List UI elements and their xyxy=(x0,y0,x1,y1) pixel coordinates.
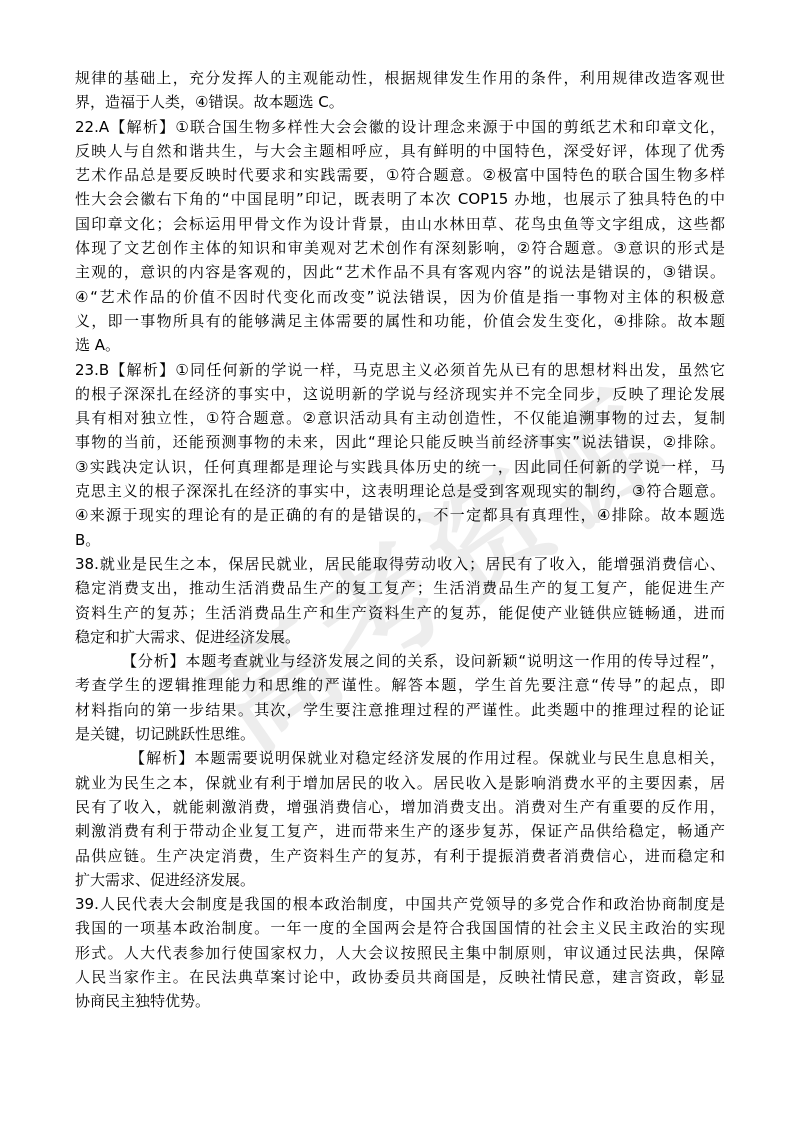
text-line: 是关键，切记跳跃性思维。 xyxy=(75,722,725,746)
text-line: 的根子深深扎在经济的事实中，这说明新的学说与经济现实并不完全同步，反映了理论发展 xyxy=(75,382,725,406)
text-line: 主观的，意识的内容是客观的，因此“艺术作品不具有客观内容”的说法是错误的，③错误… xyxy=(75,260,725,284)
text-line: 界，造福于人类，④错误。故本题选 C。 xyxy=(75,90,725,114)
text-line: 义，即一事物所具有的能够满足主体需要的属性和功能，价值会发生变化，④排除。故本题 xyxy=(75,309,725,333)
text-line: B。 xyxy=(75,528,725,552)
text-line: 【分析】本题考查就业与经济发展之间的关系，设问新颖“说明这一作用的传导过程”， xyxy=(75,649,725,673)
text-line: ④“艺术作品的价值不因时代变化而改变”说法错误，因为价值是指一事物对主体的积极意 xyxy=(75,285,725,309)
text-line: 38.就业是民生之本，保居民就业，居民能取得劳动收入；居民有了收入，能增强消费信… xyxy=(75,552,725,576)
text-line: 扩大需求、促进经济发展。 xyxy=(75,868,725,892)
text-line: 事物的当前，还能预测事物的未来，因此“理论只能反映当前经济事实”说法错误，②排除… xyxy=(75,430,725,454)
text-line: 稳定消费支出，推动生活消费品生产的复工复产；生活消费品生产的复工复产，能促进生产 xyxy=(75,576,725,600)
text-line: 就业为民生之本，保就业有利于增加居民的收入。居民收入是影响消费水平的主要因素，居 xyxy=(75,771,725,795)
text-line: 选 A。 xyxy=(75,333,725,357)
text-line: 我国的一项基本政治制度。一年一度的全国两会是符合我国国情的社会主义民主政治的实现 xyxy=(75,916,725,940)
text-line: 考查学生的逻辑推理能力和思维的严谨性。解答本题，学生首先要注意“传导”的起点，即 xyxy=(75,673,725,697)
text-line: 性大会会徽右下角的“中国昆明”印记，既表明了本次 COP15 办地，也展示了独具… xyxy=(75,187,725,211)
text-line: 22.A【解析】①联合国生物多样性大会会徽的设计理念来源于中国的剪纸艺术和印章文… xyxy=(75,115,725,139)
text-line: 协商民主独特优势。 xyxy=(75,989,725,1013)
text-line: 反映人与自然和谐共生，与大会主题相呼应，具有鲜明的中国特色，深受好评，体现了优秀 xyxy=(75,139,725,163)
text-line: 形式。人大代表参加行使国家权力，人大会议按照民主集中制原则，审议通过民法典，保障 xyxy=(75,941,725,965)
text-line: 具有相对独立性，①符合题意。②意识活动具有主动创造性，不仅能追溯事物的过去，复制 xyxy=(75,406,725,430)
answer-explanations-text: 规律的基础上，充分发挥人的主观能动性，根据规律发生作用的条件，利用规律改造客观世… xyxy=(75,66,725,1014)
text-line: ④来源于现实的理论有的是正确的有的是错误的，不一定都具有真理性，④排除。故本题选 xyxy=(75,503,725,527)
text-line: 体现了文艺创作主体的知识和审美观对艺术创作有深刻影响，②符合题意。③意识的形式是 xyxy=(75,236,725,260)
text-line: 稳定和扩大需求、促进经济发展。 xyxy=(75,625,725,649)
text-line: 材料指向的第一步结果。其次，学生要注意推理过程的严谨性。此类题中的推理过程的论证 xyxy=(75,698,725,722)
text-line: ③实践决定认识，任何真理都是理论与实践具体历史的统一，因此同任何新的学说一样，马 xyxy=(75,455,725,479)
text-line: 品供应链。生产决定消费，生产资料生产的复苏，有利于提振消费者消费信心，进而稳定和 xyxy=(75,844,725,868)
text-line: 民有了收入，就能刺激消费，增强消费信心，增加消费支出。消费对生产有重要的反作用， xyxy=(75,795,725,819)
text-line: 资料生产的复苏；生活消费品生产和生产资料生产的复苏，能促使产业链供应链畅通，进而 xyxy=(75,601,725,625)
text-line: 规律的基础上，充分发挥人的主观能动性，根据规律发生作用的条件，利用规律改造客观世 xyxy=(75,66,725,90)
text-line: 克思主义的根子深深扎在经济的事实中，这表明理论总是受到客观现实的制约，③符合题意… xyxy=(75,479,725,503)
text-line: 39.人民代表大会制度是我国的根本政治制度，中国共产党领导的多党合作和政治协商制… xyxy=(75,892,725,916)
text-line: 艺术作品总是要反映时代要求和实践需要，①符合题意。②极富中国特色的联合国生物多样 xyxy=(75,163,725,187)
text-line: 人民当家作主。在民法典草案讨论中，政协委员共商国是，反映社情民意，建言资政，彰显 xyxy=(75,965,725,989)
text-line: 刺激消费有利于带动企业复工复产，进而带来生产的逐步复苏，保证产品供给稳定，畅通产 xyxy=(75,819,725,843)
document-page: 高考资源 规律的基础上，充分发挥人的主观能动性，根据规律发生作用的条件，利用规律… xyxy=(0,0,793,1122)
text-line: 国印章文化；会标运用甲骨文作为设计背景，由山水林田草、花鸟虫鱼等文字组成，这些都 xyxy=(75,212,725,236)
text-line: 23.B【解析】①同任何新的学说一样，马克思主义必须首先从已有的思想材料出发，虽… xyxy=(75,358,725,382)
text-line: 【解析】本题需要说明保就业对稳定经济发展的作用过程。保就业与民生息息相关， xyxy=(75,746,725,770)
